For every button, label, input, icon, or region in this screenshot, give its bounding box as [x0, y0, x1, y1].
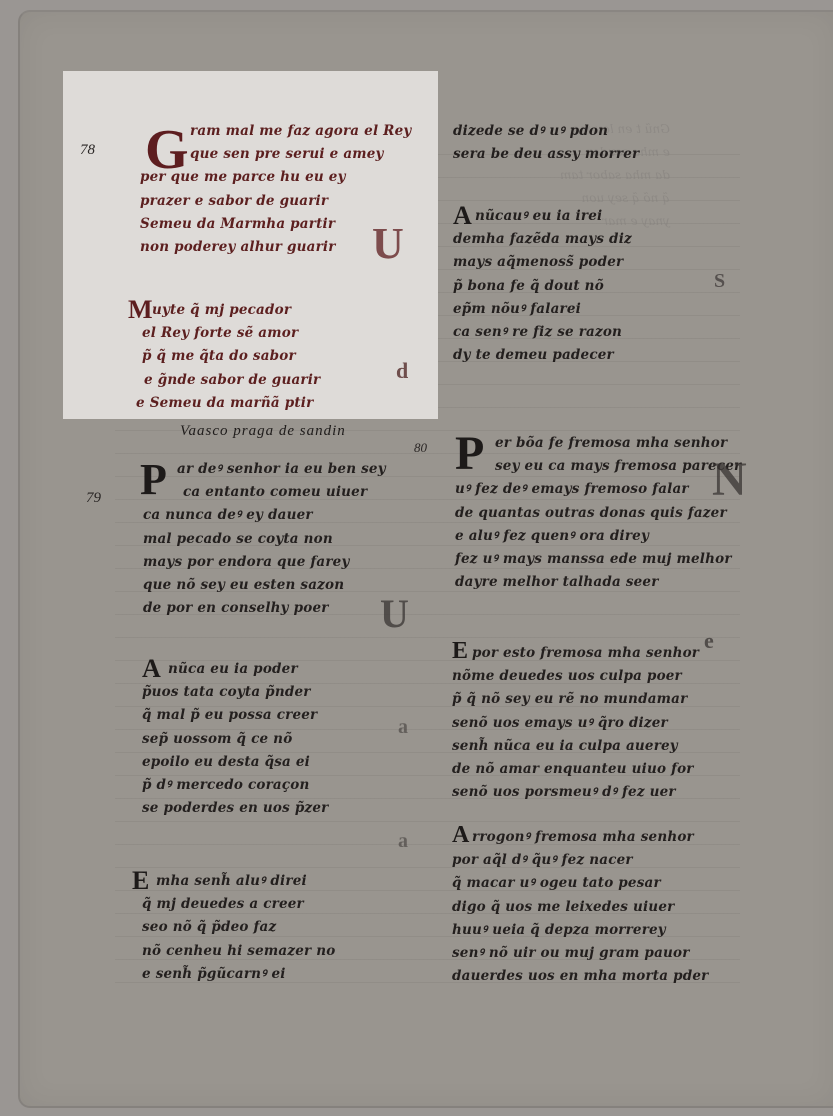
verse-line: er bõa fe fremosa mha senhor: [455, 432, 741, 455]
verse-line: q̃ macar uꝰ ogeu tato pesar: [452, 872, 708, 895]
poem-79-stanza-1: P ar deꝰ senhor ia eu ben sey ca entanto…: [135, 458, 386, 620]
cue-letter: U: [372, 218, 404, 269]
verse-line: senõ uos porsmeuꝰ dꝰ fez uer: [452, 781, 699, 804]
verse-line: senh̃ nũca eu ia culpa auerey: [452, 735, 699, 758]
poem-78-stanza-2: M uyte q̃ mj pecador el Rey forte sẽ amo…: [128, 299, 320, 415]
verse-line: nõ cenheu hi semazer no: [132, 940, 335, 963]
verse-line: senõ uos emays uꝰ q̃ro dizer: [452, 712, 699, 735]
verse-line: mal pecado se coyta non: [135, 528, 386, 551]
cue-letter: d: [396, 358, 408, 384]
verse-line: de por en conselhy poer: [135, 597, 386, 620]
poem-80-stanza-2: E por esto fremosa mha senhor nõme deued…: [452, 642, 699, 804]
verse-line: epoilo eu desta q̃sa ei: [142, 751, 328, 774]
decorated-initial: E: [452, 638, 468, 665]
verse-line: demha fazẽda mays diz: [453, 228, 632, 251]
poem-79-stanza-3: E mha senh̃ aluꝰ direi q̃ mj deuedes a c…: [132, 870, 335, 986]
verse-line: e aluꝰ fez quenꝰ ora direy: [455, 525, 741, 548]
verse-line: mays por endora que farey: [135, 551, 386, 574]
verse-line: mays aq̃menoss̃ poder: [453, 251, 632, 274]
decorated-initial: A: [142, 654, 161, 684]
verse-line: nõme deuedes uos culpa poer: [452, 665, 699, 688]
verse-line: q̃ mj deuedes a creer: [132, 893, 335, 916]
poem-number: 79: [86, 490, 101, 507]
decorated-initial: A: [453, 201, 472, 231]
verse-line: sera be deu assy morrer: [453, 143, 639, 166]
verse-line: de nõ amar enquanteu uiuo for: [452, 758, 699, 781]
verse-line: e Semeu da marñã ptir: [128, 392, 320, 415]
cue-letter: U: [380, 590, 409, 637]
verse-line: p̃ bona fe q̃ dout nõ: [453, 275, 632, 298]
verse-line: dayre melhor talhada seer: [455, 571, 741, 594]
poem-80-stanza-3: A rrogonꝰ fremosa mha senhor por aq̃l dꝰ…: [452, 826, 708, 988]
verse-line: ca nunca deꝰ ey dauer: [135, 504, 386, 527]
poem-79-stanza-2: A nũca eu ia poder p̃uos tata coyta p̃nd…: [142, 658, 328, 820]
verse-line: uyte q̃ mj pecador: [128, 299, 320, 322]
verse-line: Semeu da Marmha partir: [140, 213, 411, 236]
verse-line: sey eu ca mays fremosa parecer: [455, 455, 741, 478]
decorated-initial: P: [455, 426, 484, 481]
cue-letter: S: [714, 270, 725, 293]
verse-line: seo nõ q̃ p̃deo faz: [132, 916, 335, 939]
decorated-initial: M: [128, 295, 153, 325]
verse-line: p̃ q̃ me q̃ta do sabor: [128, 345, 320, 368]
verse-line: ar deꝰ senhor ia eu ben sey: [135, 458, 386, 481]
poem-number: 78: [80, 142, 95, 159]
verse-line: e senh̃ p̃gũcarnꝰ ei: [132, 963, 335, 986]
verse-line: fez uꝰ mays manssa ede muj melhor: [455, 548, 741, 571]
verse-line: dizede se dꝰ uꝰ pdon: [453, 120, 639, 143]
decorated-initial: P: [140, 454, 167, 505]
cue-letter: N: [712, 452, 747, 507]
verse-line: prazer e sabor de guarir: [140, 190, 411, 213]
verse-line: ep̃m nõuꝰ falarei: [453, 298, 632, 321]
verse-line: sep̃ uossom q̃ ce nõ: [142, 728, 328, 751]
verse-line: nũca eu ia poder: [142, 658, 328, 681]
cue-letter: e: [704, 628, 714, 654]
poem-78-stanza-3: dizede se dꝰ uꝰ pdon sera be deu assy mo…: [453, 120, 639, 166]
verse-line: non poderey alhur guarir: [140, 236, 411, 259]
verse-line: huuꝰ ueia q̃ depza morrerey: [452, 919, 708, 942]
verse-line: de quantas outras donas quis fazer: [455, 502, 741, 525]
verse-line: p̃ dꝰ mercedo coraçon: [142, 774, 328, 797]
verse-line: por esto fremosa mha senhor: [452, 642, 699, 665]
poem-78-stanza-1: G ram mal me faz agora el Rey que sen pr…: [140, 120, 411, 259]
verse-line: dauerdes uos en mha morta pder: [452, 965, 708, 988]
verse-line: ca senꝰ re fiz se razon: [453, 321, 632, 344]
poem-80-stanza-1: P er bõa fe fremosa mha senhor sey eu ca…: [455, 432, 741, 594]
verse-line: digo q̃ uos me leixedes uiuer: [452, 896, 708, 919]
verse-line: ca entanto comeu uiuer: [135, 481, 386, 504]
cue-letter: a: [398, 716, 408, 739]
verse-line: se poderdes en uos p̃zer: [142, 797, 328, 820]
verse-line: e g̃nde sabor de guarir: [128, 369, 320, 392]
verse-line: q̃ mal p̃ eu possa creer: [142, 704, 328, 727]
verse-line: nũcauꝰ eu ia irei: [453, 205, 632, 228]
poem-78-stanza-4: A nũcauꝰ eu ia irei demha fazẽda mays di…: [453, 205, 632, 367]
verse-line: el Rey forte sẽ amor: [128, 322, 320, 345]
verse-line: rrogonꝰ fremosa mha senhor: [452, 826, 708, 849]
verse-line: dy te demeu padecer: [453, 344, 632, 367]
verse-line: uꝰ fez deꝰ emays fremoso falar: [455, 478, 741, 501]
poem-number: 80: [414, 440, 427, 456]
decorated-initial: A: [452, 822, 469, 849]
verse-line: mha senh̃ aluꝰ direi: [132, 870, 335, 893]
cue-letter: a: [398, 830, 408, 853]
verse-line: p̃uos tata coyta p̃nder: [142, 681, 328, 704]
verse-line: por aq̃l dꝰ q̃uꝰ fez nacer: [452, 849, 708, 872]
author-attribution: Vaasco praga de sandin: [180, 423, 346, 440]
decorated-initial: E: [132, 866, 149, 896]
verse-line: que nõ sey eu esten sazon: [135, 574, 386, 597]
verse-line: senꝰ nõ uir ou muj gram pauor: [452, 942, 708, 965]
decorated-initial: G: [145, 118, 189, 182]
verse-line: p̃ q̃ nõ sey eu rẽ no mundamar: [452, 688, 699, 711]
